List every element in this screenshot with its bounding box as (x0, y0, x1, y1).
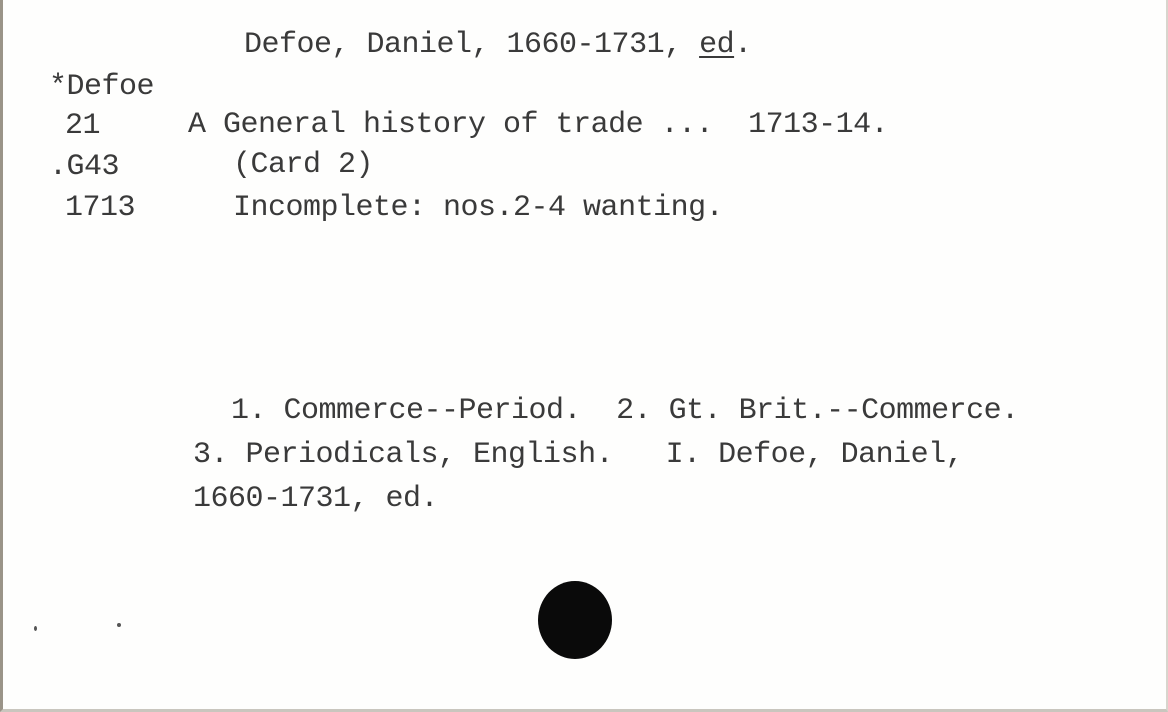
call-number-line-4: 1713 (65, 193, 135, 223)
call-number-line-3: .G43 (49, 152, 119, 182)
tracing-line-1: 1. Commerce--Period. 2. Gt. Brit.--Comme… (231, 396, 1019, 426)
tracing-line-3: 1660-1731, ed. (193, 484, 438, 514)
title-line: A General history of trade ... 1713-14. (188, 110, 888, 140)
call-number-line-1: *Defoe (49, 72, 154, 102)
call-number-line-2: 21 (65, 111, 100, 141)
ink-speck (117, 623, 121, 627)
tracing-line-2: 3. Periodicals, English. I. Defoe, Danie… (193, 440, 963, 470)
catalog-card: Defoe, Daniel, 1660-1731, ed. *Defoe 21 … (0, 0, 1168, 712)
heading-end: . (734, 28, 752, 62)
heading-author: Defoe, Daniel, 1660-1731, (244, 28, 699, 62)
holdings-note: Incomplete: nos.2-4 wanting. (233, 193, 723, 223)
punch-hole (538, 581, 612, 659)
heading-entry: Defoe, Daniel, 1660-1731, ed. (244, 30, 752, 60)
ink-speck (34, 626, 37, 631)
heading-role: ed (699, 28, 734, 62)
card-number-note: (Card 2) (233, 150, 373, 180)
